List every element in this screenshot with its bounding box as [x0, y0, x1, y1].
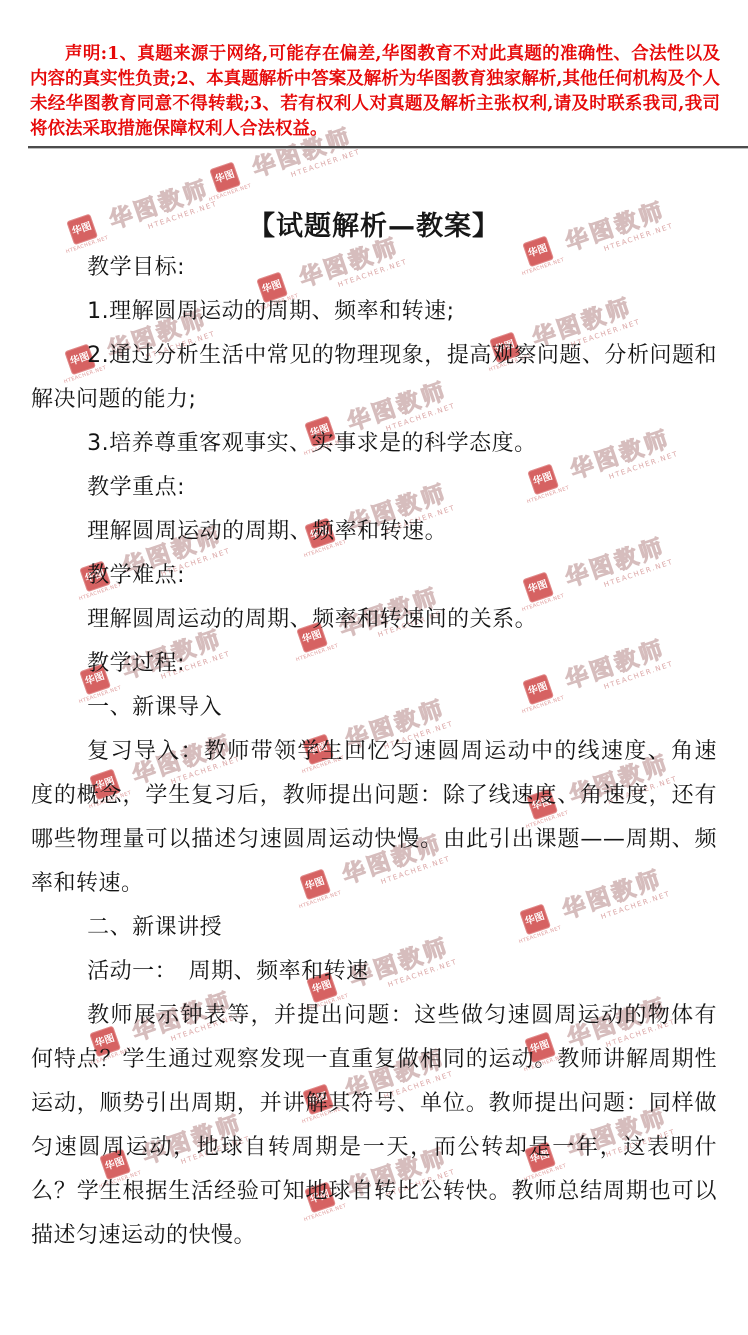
page-title: 【试题解析—教案】: [0, 204, 748, 243]
paragraph: 1.理解圆周运动的周期、频率和转速;: [31, 290, 717, 334]
paragraph: 2.通过分析生活中常见的物理现象，提高观察问题、分析问题和解决问题的能力;: [31, 334, 717, 422]
paragraph: 理解圆周运动的周期、频率和转速。: [31, 510, 717, 554]
document-body: 教学目标:1.理解圆周运动的周期、频率和转速;2.通过分析生活中常见的物理现象，…: [31, 246, 717, 1258]
paragraph: 教学难点:: [31, 554, 717, 598]
paragraph: 二、新课讲授: [31, 906, 717, 950]
paragraph: 3.培养尊重客观事实、实事求是的科学态度。: [31, 422, 717, 466]
paragraph: 理解圆周运动的周期、频率和转速间的关系。: [31, 598, 717, 642]
divider-line: [28, 146, 748, 149]
disclaimer-text: 1、真题来源于网络,可能存在偏差,华图教育不对此真题的准确性、合法性以及内容的真…: [30, 44, 720, 139]
paragraph: 活动一： 周期、频率和转速: [31, 950, 717, 994]
document-page: 华图HTEACHER.NET华图教师HTEACHER.NET华图HTEACHER…: [0, 0, 748, 1335]
disclaimer-notice: 声明:1、真题来源于网络,可能存在偏差,华图教育不对此真题的准确性、合法性以及内…: [30, 42, 720, 142]
paragraph: 复习导入：教师带领学生回忆匀速圆周运动中的线速度、角速度的概念，学生复习后，教师…: [31, 730, 717, 906]
disclaimer-label: 声明:: [65, 44, 107, 64]
watermark-logo-subtext: HTEACHER.NET: [208, 183, 252, 203]
watermark-site-text: HTEACHER.NET: [290, 148, 362, 179]
paragraph: 教学重点:: [31, 466, 717, 510]
paragraph: 教学过程:: [31, 642, 717, 686]
paragraph: 一、新课导入: [31, 686, 717, 730]
huatu-logo-icon: 华图: [209, 162, 241, 194]
paragraph: 教师展示钟表等，并提出问题：这些做匀速圆周运动的物体有何特点？学生通过观察发现一…: [31, 994, 717, 1258]
paragraph: 教学目标:: [31, 246, 717, 290]
